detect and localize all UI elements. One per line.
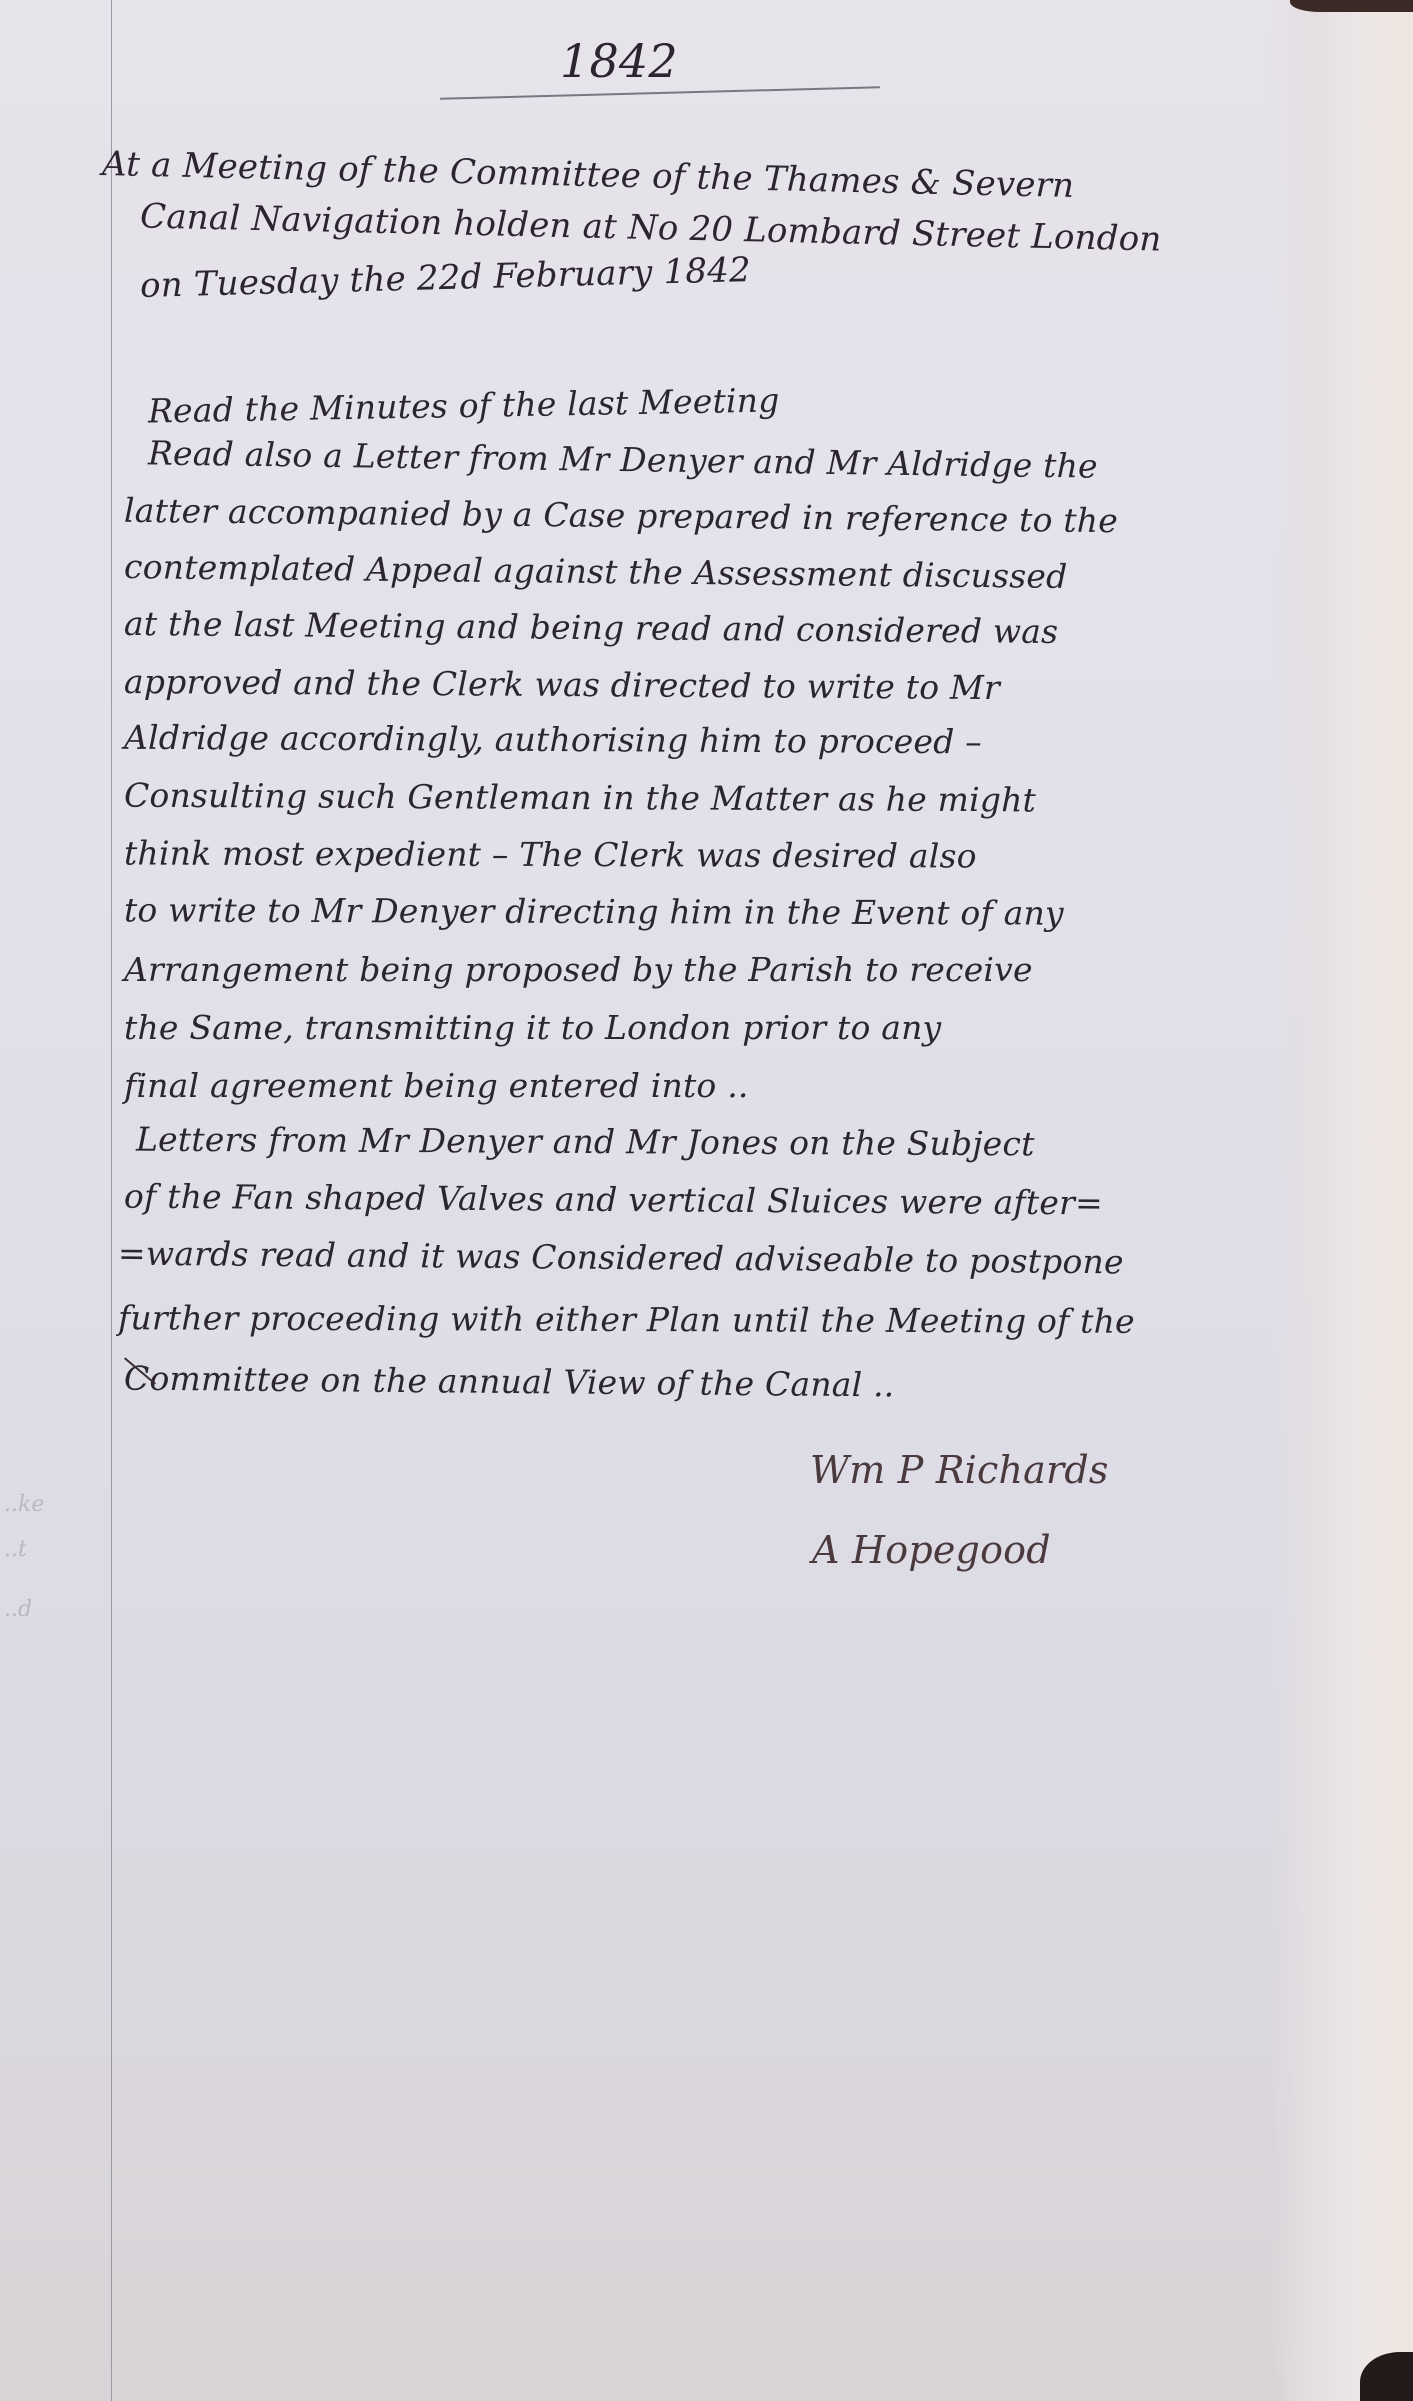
minute-line: the Same, transmitting it to London prio… — [124, 1008, 941, 1047]
page-gutter-edge — [1270, 0, 1413, 2401]
minute-line: at the last Meeting and being read and c… — [124, 604, 1059, 651]
minute-line: Aldridge accordingly, authorising him to… — [124, 718, 982, 761]
minute-line: approved and the Clerk was directed to w… — [124, 662, 1000, 707]
signature-richards: Wm P Richards — [810, 1448, 1109, 1492]
minute-line: to write to Mr Denyer directing him in t… — [124, 890, 1064, 932]
minute-line: Consulting such Gentleman in the Matter … — [124, 776, 1036, 820]
minute-line: Letters from Mr Denyer and Mr Jones on t… — [136, 1120, 1035, 1164]
left-margin-rule — [111, 0, 112, 2401]
signature-hopegood: A Hopegood — [812, 1528, 1051, 1572]
year-heading: 1842 — [560, 34, 678, 88]
faint-margin-note: ..ke — [4, 1490, 104, 1520]
minute-line: Arrangement being proposed by the Parish… — [124, 950, 1033, 989]
minute-line: Committee on the annual View of the Cana… — [124, 1359, 895, 1405]
minute-line: further proceeding with either Plan unti… — [118, 1298, 1135, 1341]
book-cover-corner-top — [1290, 0, 1413, 12]
faint-margin-note: ..t — [4, 1535, 104, 1565]
faint-margin-note: ..d — [4, 1595, 104, 1625]
minute-line: final agreement being entered into .. — [124, 1066, 749, 1105]
minute-line: think most expedient – The Clerk was des… — [124, 834, 977, 876]
minute-line: of the Fan shaped Valves and vertical Sl… — [124, 1177, 1103, 1223]
